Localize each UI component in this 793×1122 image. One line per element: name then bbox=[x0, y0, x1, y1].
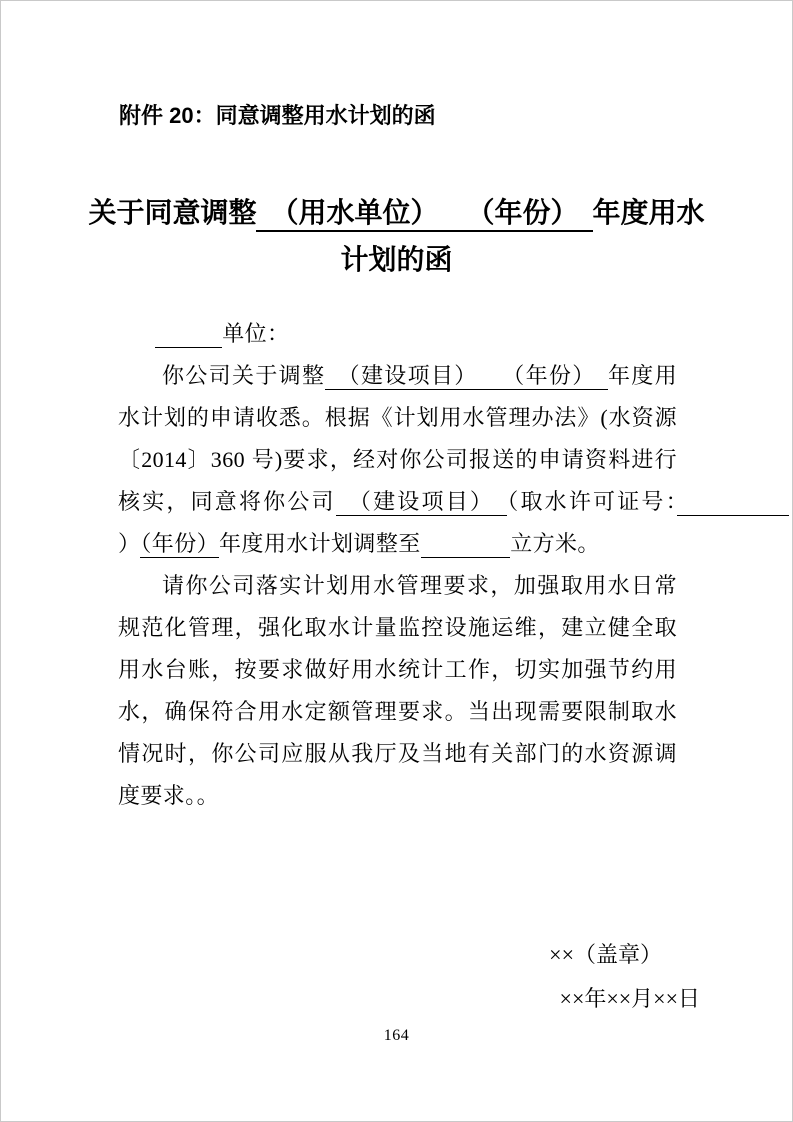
salutation-blank bbox=[155, 321, 222, 348]
paragraph-1: 你公司关于调整 （建设项目） （年份） 年度用水计划的申请收悉。根据《计划用水管… bbox=[118, 355, 677, 565]
p1-text-adjust-to: 年度用水计划调整至 bbox=[219, 531, 421, 556]
p1-blank-year: （年份） bbox=[140, 531, 219, 558]
document-title-line1: 关于同意调整 （用水单位） （年份） 年度用水 bbox=[1, 189, 792, 236]
signature-date-line: ××年××月××日 bbox=[549, 977, 700, 1021]
p1-text-opening: 你公司关于调整 bbox=[162, 363, 325, 388]
page-number: 164 bbox=[1, 1027, 792, 1045]
title-blank-unit-year: （用水单位） （年份） bbox=[256, 197, 592, 232]
salutation-label: 单位： bbox=[222, 321, 289, 346]
document-title: 关于同意调整 （用水单位） （年份） 年度用水 计划的函 bbox=[1, 189, 792, 283]
p1-blank-volume bbox=[421, 531, 511, 558]
p1-text-cubic-meters: 立方米。 bbox=[510, 531, 600, 556]
paragraph-2: 请你公司落实计划用水管理要求，加强取用水日常规范化管理，强化取水计量监控设施运维… bbox=[118, 565, 677, 817]
document-page: 附件 20：同意调整用水计划的函 关于同意调整 （用水单位） （年份） 年度用水… bbox=[0, 0, 793, 1122]
p1-blank-permit-number bbox=[677, 489, 789, 516]
p1-blank-project: （建设项目） bbox=[336, 489, 508, 516]
signature-block: ××（盖章） ××年××月××日 bbox=[549, 933, 700, 1021]
title-prefix: 关于同意调整 bbox=[88, 197, 256, 228]
attachment-header: 附件 20：同意调整用水计划的函 bbox=[119, 101, 436, 131]
p1-blank-project-year: （建设项目） （年份） bbox=[325, 363, 608, 390]
salutation-line: 单位： bbox=[118, 313, 677, 355]
signature-stamp-line: ××（盖章） bbox=[549, 933, 662, 977]
letter-body: 单位： 你公司关于调整 （建设项目） （年份） 年度用水计划的申请收悉。根据《计… bbox=[118, 313, 677, 817]
p1-text-permit-label: （取水许可证号： bbox=[507, 489, 677, 514]
p1-text-close-paren: ） bbox=[118, 531, 140, 556]
title-suffix: 年度用水 bbox=[593, 197, 705, 228]
document-title-line2: 计划的函 bbox=[1, 236, 792, 283]
